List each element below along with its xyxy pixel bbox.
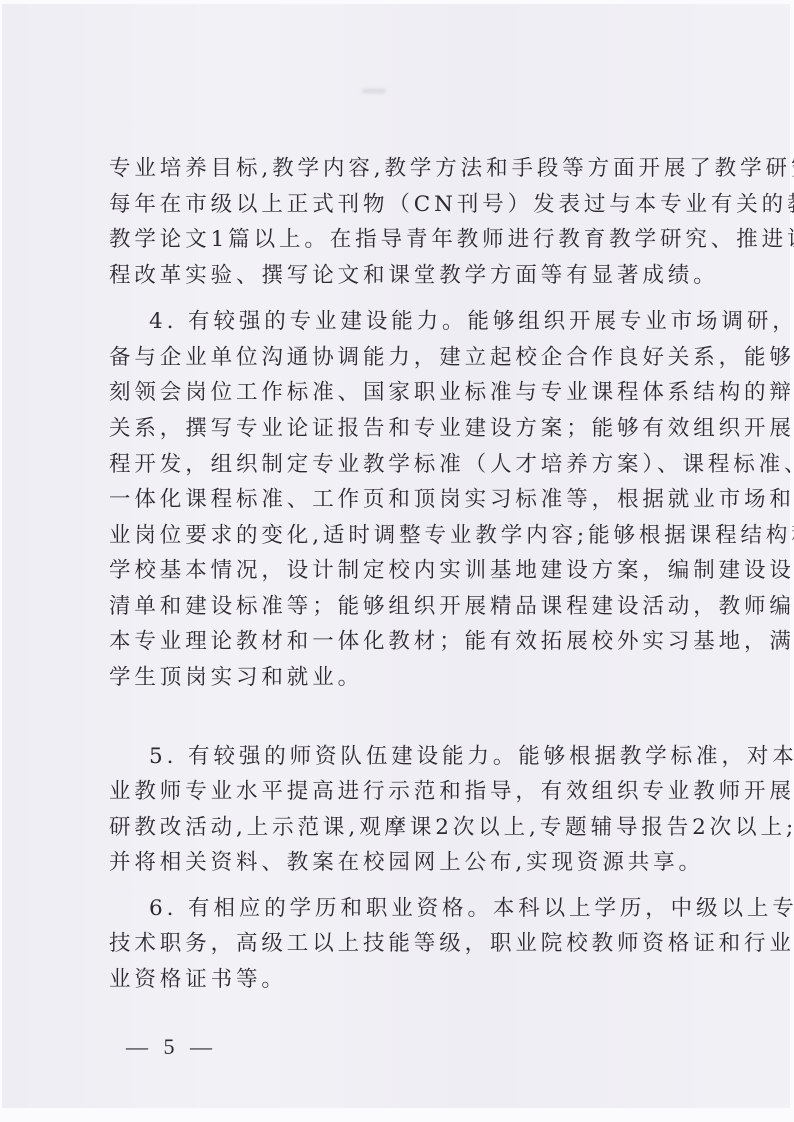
text-line: 研教改活动,上示范课,观摩课2次以上,专题辅导报告2次以上; (109, 813, 709, 843)
text-line: 备与企业单位沟通协调能力，建立起校企合作良好关系，能够深 (109, 343, 709, 373)
scan-mark (362, 89, 386, 93)
text-line: 业教师专业水平提高进行示范和指导，有效组织专业教师开展教 (109, 777, 709, 807)
text-line: 专业培养目标,教学内容,教学方法和手段等方面开展了教学研究, (109, 154, 709, 184)
text-line: 程开发，组织制定专业教学标准（人才培养方案）、课程标准、 (109, 450, 709, 480)
text-line: 清单和建设标准等；能够组织开展精品课程建设活动，教师编写 (109, 592, 709, 622)
text-line: 本专业理论教材和一体化教材；能有效拓展校外实习基地，满足 (109, 627, 709, 657)
document-page: 专业培养目标,教学内容,教学方法和手段等方面开展了教学研究, 每年在市级以上正式… (2, 4, 790, 1112)
text-line: 4. 有较强的专业建设能力。能够组织开展专业市场调研，具 (149, 307, 749, 337)
text-line: 教学论文1篇以上。在指导青年教师进行教育教学研究、推进课 (109, 225, 709, 255)
text-line: 并将相关资料、教案在校园网上公布,实现资源共享。 (109, 848, 709, 878)
text-line: 学校基本情况，设计制定校内实训基地建设方案，编制建设设备 (109, 556, 709, 586)
text-line: 每年在市级以上正式刊物（CN刊号）发表过与本专业有关的教育 (109, 190, 709, 220)
text-line: 6. 有相应的学历和职业资格。本科以上学历，中级以上专业 (149, 894, 749, 924)
text-line: 业资格证书等。 (109, 965, 709, 995)
page-number: — 5 — (126, 1034, 217, 1060)
text-line: 技术职务，高级工以上技能等级，职业院校教师资格证和行业职 (109, 929, 709, 959)
text-line: 学生顶岗实习和就业。 (109, 663, 709, 693)
text-line: 刻领会岗位工作标准、国家职业标准与专业课程体系结构的辩证 (109, 378, 709, 408)
text-line: 5. 有较强的师资队伍建设能力。能够根据教学标准，对本专 (149, 742, 749, 772)
text-line: 关系，撰写专业论证报告和专业建设方案；能够有效组织开展课 (109, 414, 709, 444)
text-line: 业岗位要求的变化,适时调整专业教学内容;能够根据课程结构和 (109, 521, 709, 551)
text-line: 一体化课程标准、工作页和顶岗实习标准等，根据就业市场和职 (109, 485, 709, 515)
text-line: 程改革实验、撰写论文和课堂教学方面等有显著成绩。 (109, 261, 709, 291)
page-bottom-margin (0, 1108, 794, 1122)
